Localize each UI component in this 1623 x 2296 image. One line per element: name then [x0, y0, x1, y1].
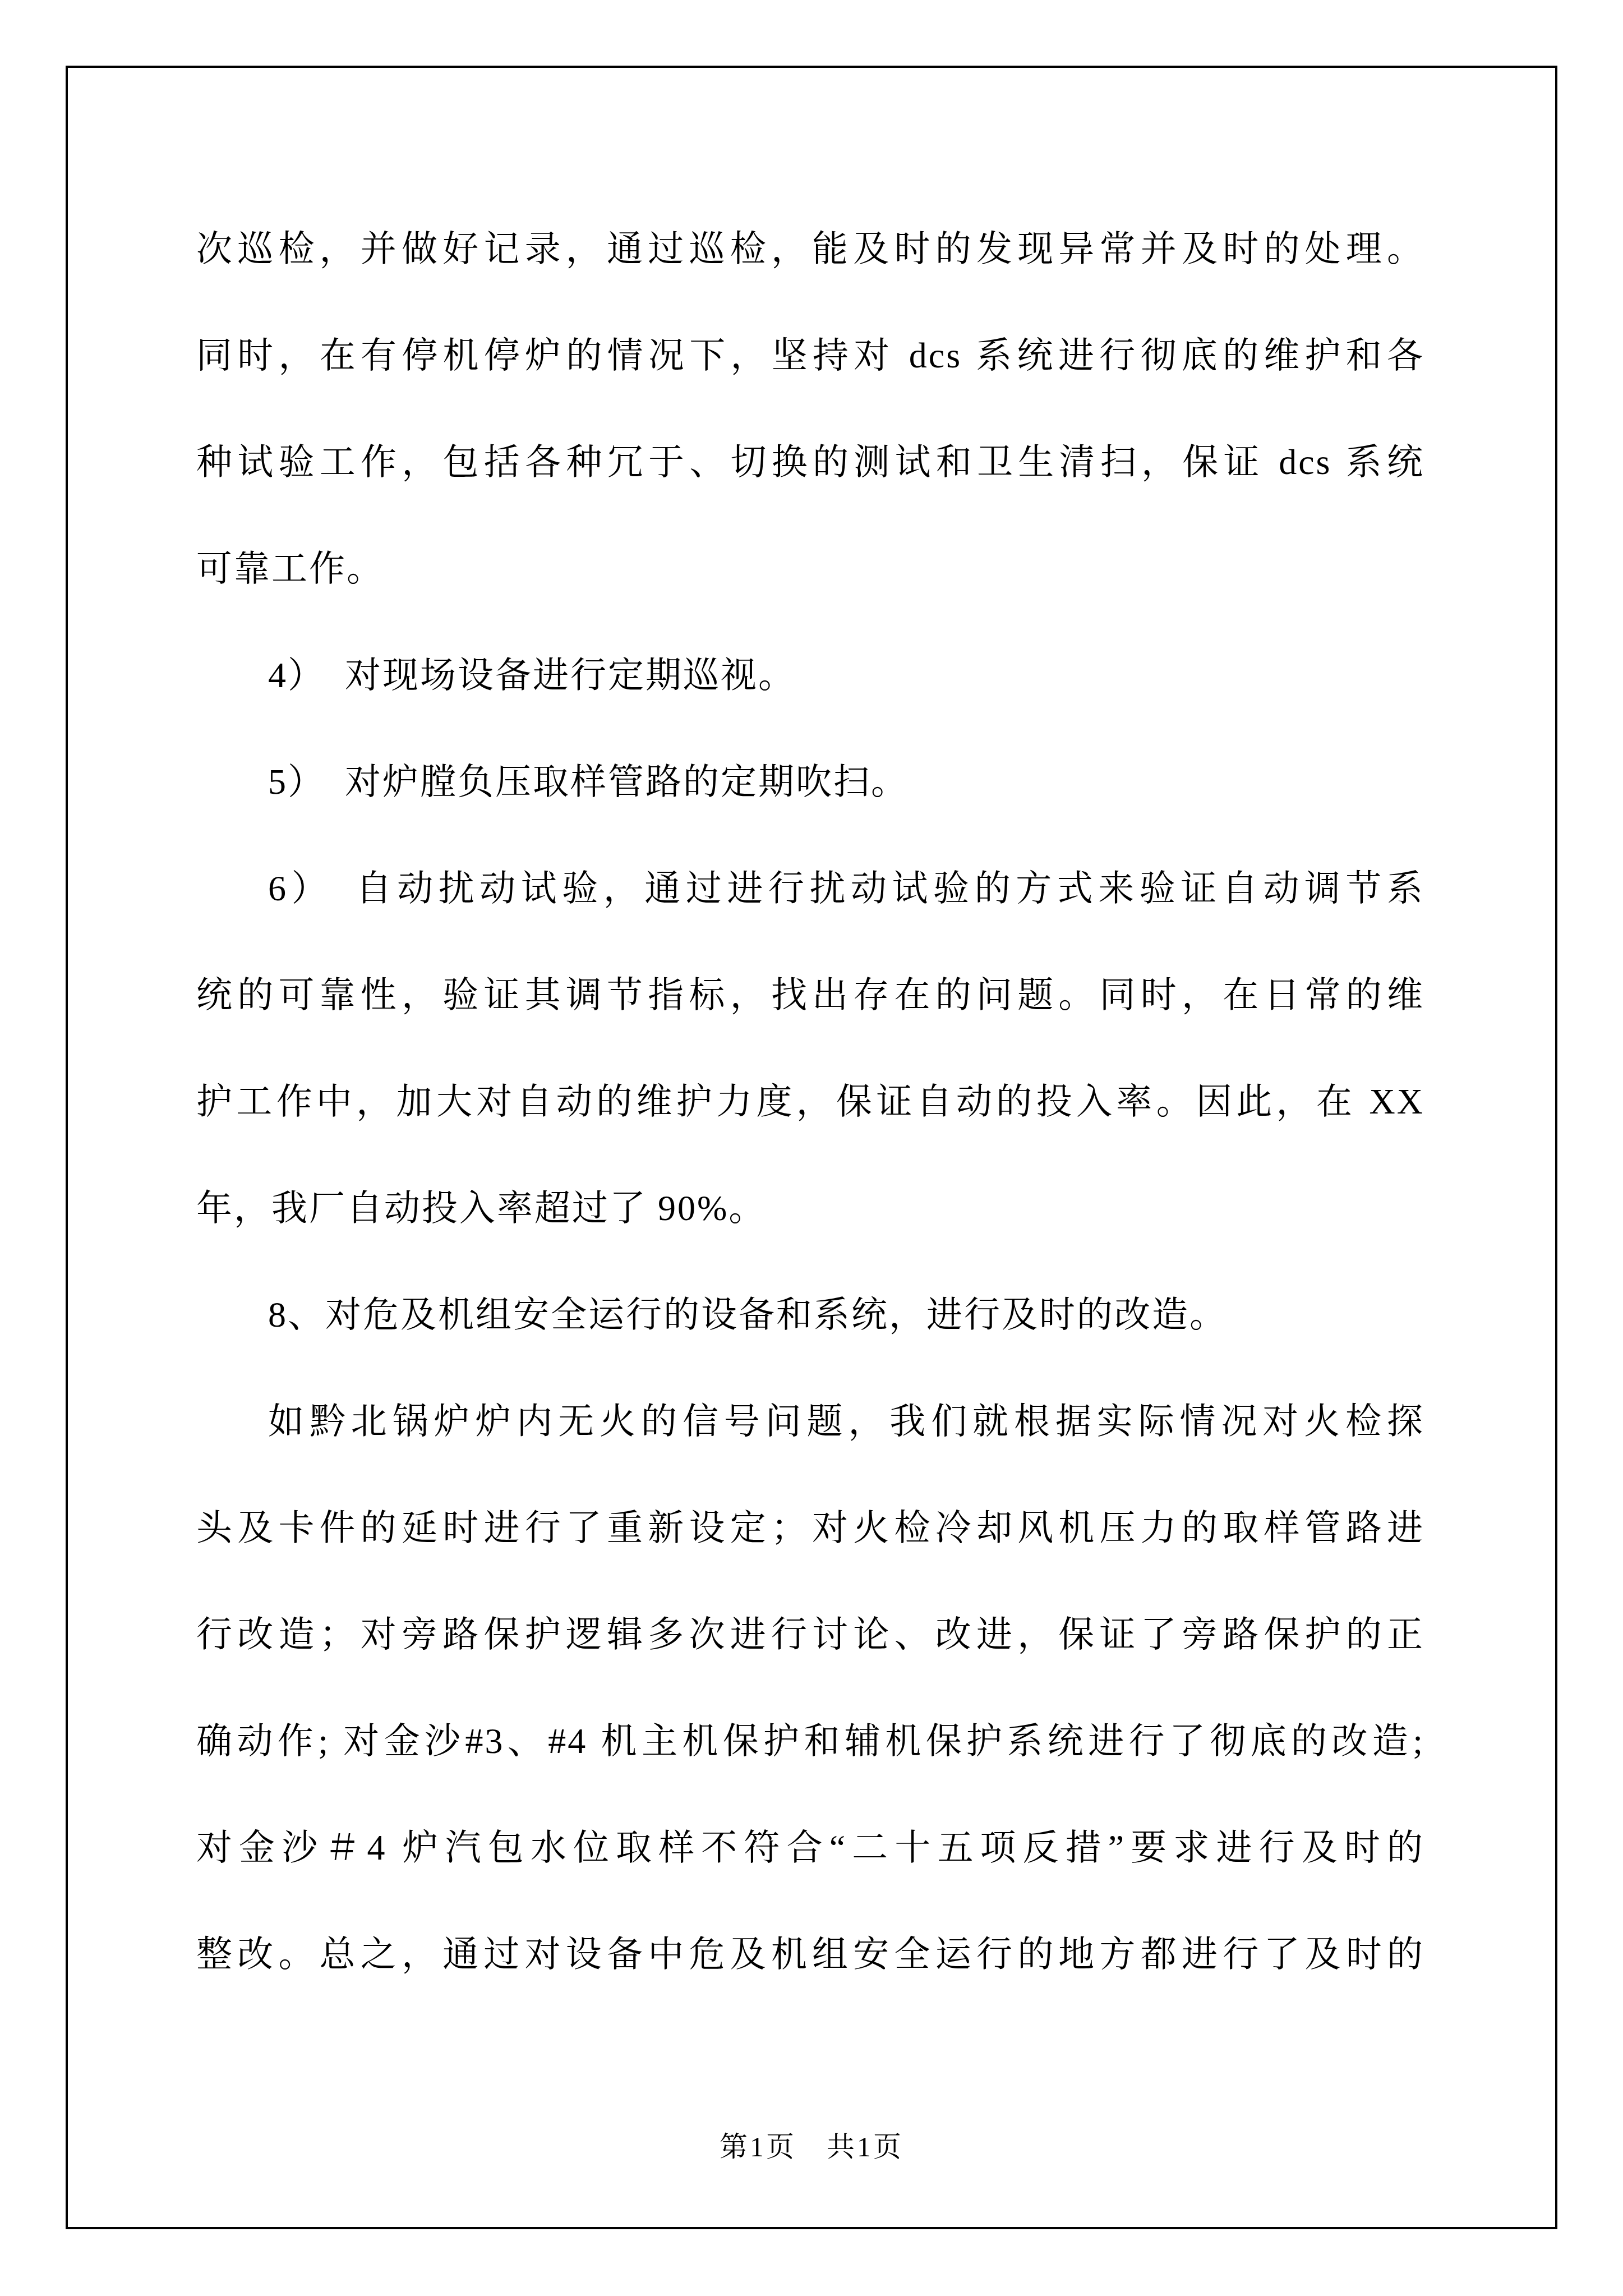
text-line: 可靠工作。: [196, 516, 1424, 622]
text-line: 年，我厂自动投入率超过了 90%。: [196, 1155, 1424, 1262]
text-line: 8、对危及机组安全运行的设备和系统，进行及时的改造。: [196, 1262, 1424, 1368]
text-line: 统的可靠性，验证其调节指标，找出存在的问题。同时，在日常的维: [196, 942, 1424, 1048]
text-line: 确动作; 对金沙#3、#4 机主机保护和辅机保护系统进行了彻底的改造;: [196, 1688, 1424, 1795]
page-number-text: 第1页 共1页: [720, 2131, 903, 2162]
text-line: 种试验工作，包括各种冗于、切换的测试和卫生清扫，保证 dcs 系统: [196, 409, 1424, 516]
text-line: 如黔北锅炉炉内无火的信号问题，我们就根据实际情况对火检探: [196, 1368, 1424, 1475]
text-line: 6） 自动扰动试验，通过进行扰动试验的方式来验证自动调节系: [196, 835, 1424, 942]
text-line: 护工作中，加大对自动的维护力度，保证自动的投入率。因此，在 XX: [196, 1048, 1424, 1155]
text-line: 头及卡件的延时进行了重新设定；对火检冷却风机压力的取样管路进: [196, 1475, 1424, 1581]
text-line: 整改。总之，通过对设备中危及机组安全运行的地方都进行了及时的: [196, 1901, 1424, 2008]
document-page: 次巡检，并做好记录，通过巡检，能及时的发现异常并及时的处理。同时，在有停机停炉的…: [0, 0, 1623, 2296]
text-line: 行改造；对旁路保护逻辑多次进行讨论、改进，保证了旁路保护的正: [196, 1581, 1424, 1688]
document-body: 次巡检，并做好记录，通过巡检，能及时的发现异常并及时的处理。同时，在有停机停炉的…: [196, 196, 1424, 2008]
text-line: 5） 对炉膛负压取样管路的定期吹扫。: [196, 729, 1424, 835]
text-line: 4） 对现场设备进行定期巡视。: [196, 622, 1424, 729]
text-line: 对金沙＃4 炉汽包水位取样不符合“二十五项反措”要求进行及时的: [196, 1795, 1424, 1901]
text-line: 次巡检，并做好记录，通过巡检，能及时的发现异常并及时的处理。: [196, 196, 1424, 302]
page-footer: 第1页 共1页: [0, 2093, 1623, 2200]
text-line: 同时，在有停机停炉的情况下，坚持对 dcs 系统进行彻底的维护和各: [196, 302, 1424, 409]
